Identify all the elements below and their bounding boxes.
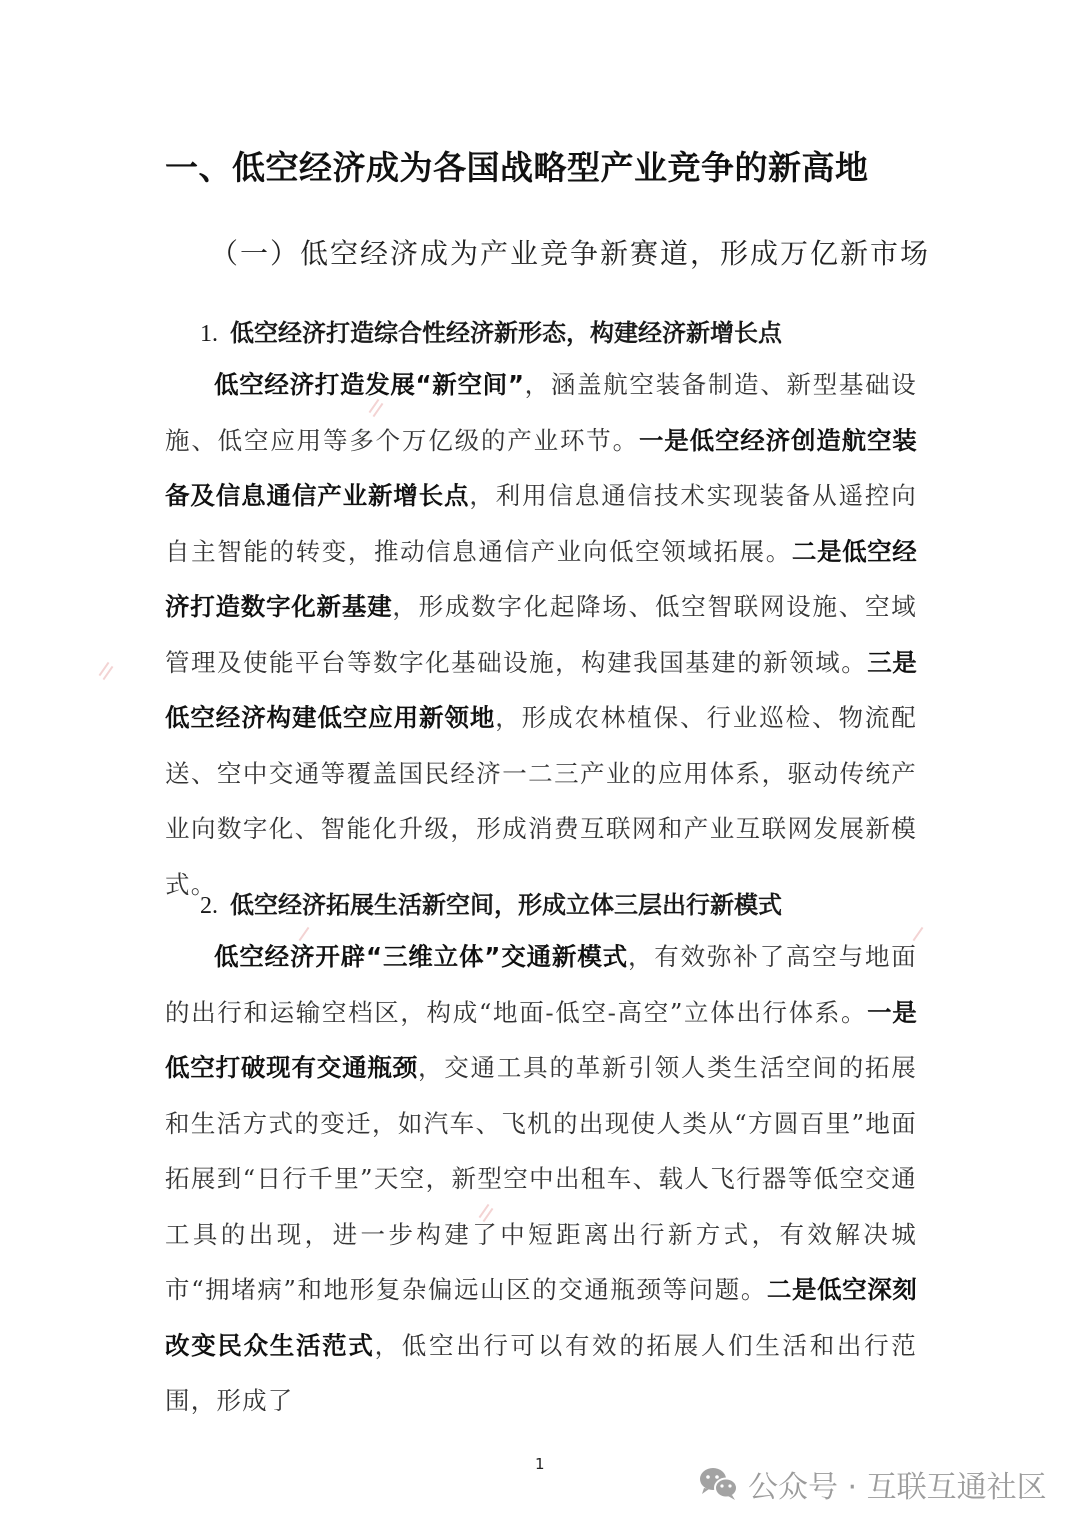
section-heading-1: 1.低空经济打造综合性经济新形态，构建经济新增长点 <box>200 313 782 348</box>
heading-level-1: 一、低空经济成为各国战略型产业竞争的新高地 <box>165 142 869 189</box>
section-title: 低空经济拓展生活新空间，形成立体三层出行新模式 <box>230 891 782 919</box>
heading-level-2: （一）低空经济成为产业竞争新赛道，形成万亿新市场 <box>210 232 930 272</box>
text-run: ，交通工具的革新引领人类生活空间的拓展和生活方式的变迁，如汽车、飞机的出现使人类… <box>165 1053 917 1304</box>
bold-run: 低空经济打造发展“新空间” <box>214 370 524 399</box>
section-title: 低空经济打造综合性经济新形态，构建经济新增长点 <box>230 319 782 347</box>
document-page: 一、低空经济成为各国战略型产业竞争的新高地 （一）低空经济成为产业竞争新赛道，形… <box>0 0 1080 1526</box>
section-paragraph-2: 低空经济开辟“三维立体”交通新模式，有效弥补了高空与地面的出行和运输空档区，构成… <box>165 929 917 1429</box>
section-number: 1. <box>200 321 218 347</box>
section-number: 2. <box>200 893 218 919</box>
footer-label: 公众号 · 互联互通社区 <box>748 1462 1047 1506</box>
section-paragraph-1: 低空经济打造发展“新空间”，涵盖航空装备制造、新型基础设施、低空应用等多个万亿级… <box>165 357 917 912</box>
bold-run: 低空经济开辟“三维立体”交通新模式 <box>214 942 628 971</box>
text-run: ，形成农林植保、行业巡检、物流配送、空中交通等覆盖国民经济一二三产业的应用体系，… <box>165 703 917 899</box>
page-number: 1 <box>535 1455 545 1473</box>
wechat-icon <box>698 1466 740 1502</box>
section-heading-2: 2.低空经济拓展生活新空间，形成立体三层出行新模式 <box>200 885 782 920</box>
wechat-account-footer: 公众号 · 互联互通社区 <box>698 1462 1047 1506</box>
